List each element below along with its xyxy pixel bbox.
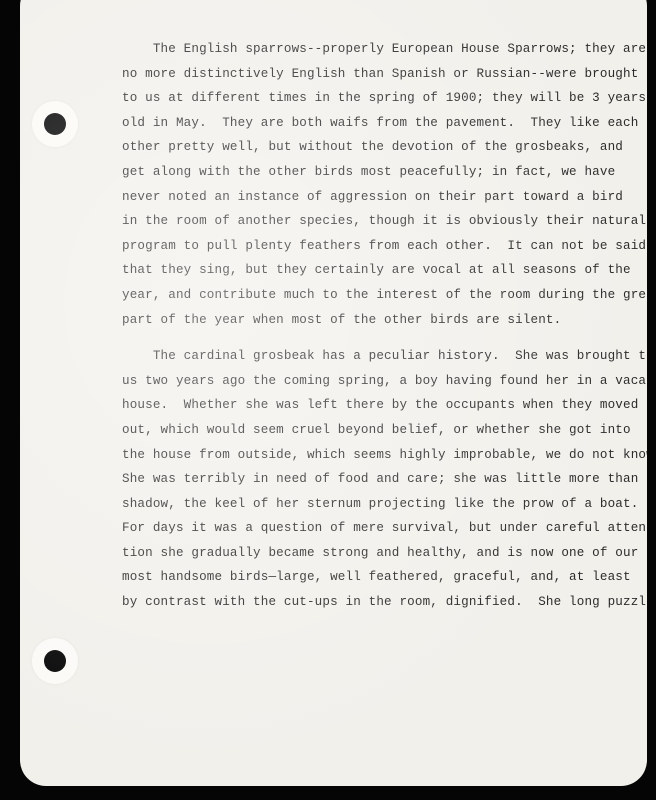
text-line: For days it was a question of mere survi… [122, 516, 622, 541]
text-line: program to pull plenty feathers from eac… [122, 234, 622, 259]
text-line: shadow, the keel of her sternum projecti… [122, 492, 622, 517]
text-line: other pretty well, but without the devot… [122, 135, 622, 160]
punch-hole-bottom [32, 638, 78, 684]
paragraph-cardinal: The cardinal grosbeak has a peculiar his… [122, 344, 622, 615]
text-line: year, and contribute much to the interes… [122, 283, 622, 308]
punch-hole-bottom-opening [44, 650, 66, 672]
text-line: to us at different times in the spring o… [122, 86, 622, 111]
text-line: The English sparrows--properly European … [122, 37, 622, 62]
text-line: part of the year when most of the other … [122, 308, 622, 333]
text-line: tion she gradually became strong and hea… [122, 541, 622, 566]
punch-hole-top [32, 101, 78, 147]
text-line: The cardinal grosbeak has a peculiar his… [122, 344, 622, 369]
text-line: never noted an instance of aggression on… [122, 185, 622, 210]
typewritten-page: The English sparrows--properly European … [20, 0, 647, 786]
punch-hole-top-opening [44, 113, 66, 135]
text-line: by contrast with the cut-ups in the room… [122, 590, 622, 615]
typed-text-body: The English sparrows--properly European … [122, 37, 622, 615]
text-line: most handsome birds—large, well feathere… [122, 565, 622, 590]
text-line: the house from outside, which seems high… [122, 443, 622, 468]
paragraph-gap [122, 332, 622, 344]
paragraph-sparrows: The English sparrows--properly European … [122, 37, 622, 332]
text-line: old in May. They are both waifs from the… [122, 111, 622, 136]
text-line: that they sing, but they certainly are v… [122, 258, 622, 283]
text-line: out, which would seem cruel beyond belie… [122, 418, 622, 443]
text-line: get along with the other birds most peac… [122, 160, 622, 185]
text-line: house. Whether she was left there by the… [122, 393, 622, 418]
text-line: us two years ago the coming spring, a bo… [122, 369, 622, 394]
text-line: in the room of another species, though i… [122, 209, 622, 234]
text-line: no more distinctively English than Spani… [122, 62, 622, 87]
text-line: She was terribly in need of food and car… [122, 467, 622, 492]
